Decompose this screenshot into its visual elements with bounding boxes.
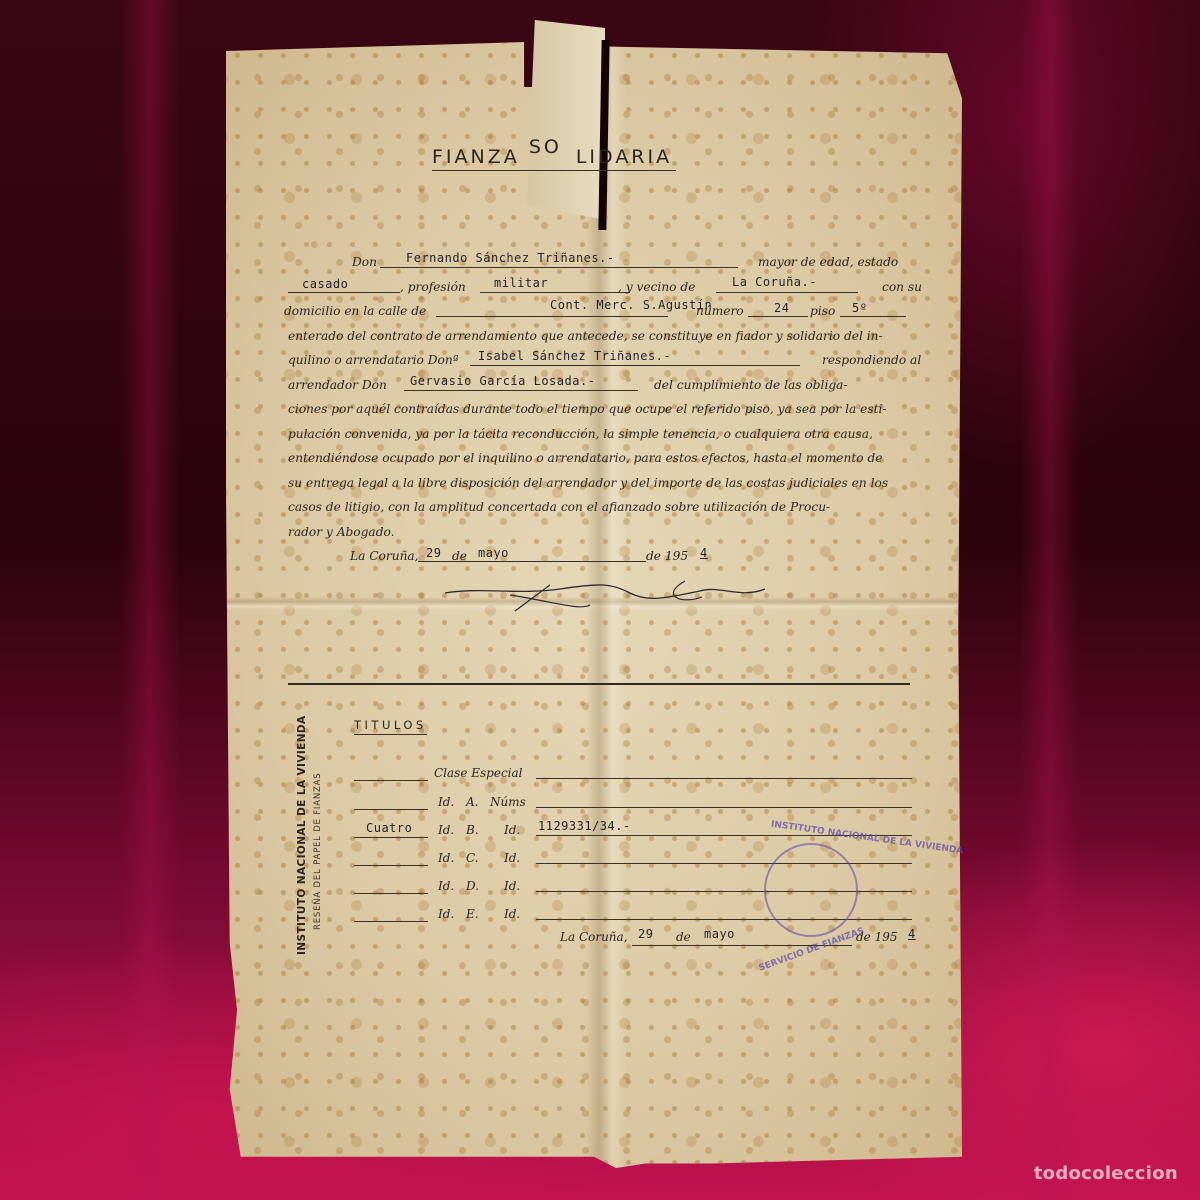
titulo-label: Id.	[438, 851, 454, 865]
titulo-qty: Cuatro	[366, 821, 412, 835]
date-day: 29	[638, 927, 653, 941]
date-lower: La Coruña, 29 de mayo de 195 4	[560, 930, 920, 950]
date-de: de	[676, 930, 691, 944]
titulo-label: Clase Especial	[434, 766, 523, 780]
date-year-digit: 4	[908, 927, 916, 941]
body-text-line: pulación convenida, ya por la tácita rec…	[288, 427, 873, 441]
titulo-clase: D.	[466, 879, 479, 893]
body-line: casos de litigio, con la amplitud concer…	[288, 495, 918, 520]
date-month: mayo	[704, 927, 735, 941]
label-con-su: con su	[882, 275, 922, 300]
typed-piso: 5º	[852, 296, 867, 321]
titulo-clase: B.	[466, 823, 479, 837]
label-domicilio: domicilio en la calle de	[284, 299, 426, 324]
titulo-sub: Id.	[504, 907, 520, 921]
body-line: su entrega legal a la libre disposición …	[288, 471, 918, 496]
titulo-label: Id.	[438, 795, 454, 809]
title-part: SO	[529, 136, 562, 158]
typed-numero: 24	[774, 296, 789, 321]
watermark-logo: todocoleccion	[1034, 1163, 1178, 1184]
body-line: ciones por aquél contraídas durante todo…	[288, 397, 918, 422]
date-de: de	[452, 544, 467, 569]
titulo-row-a: Id. A. Núms	[354, 795, 912, 815]
line-inquilino: quilino o arrendatario Donª Isabel Sánch…	[288, 348, 918, 373]
official-stamp: INSTITUTO NACIONAL DE LA VIVIENDA SERVIC…	[764, 843, 858, 937]
body-text-line: enterado del contrato de arrendamiento q…	[288, 329, 883, 343]
typed-inquilino: Isabel Sánchez Triñanes.-	[478, 344, 671, 369]
body-text-line: su entrega legal a la libre disposición …	[288, 476, 888, 490]
titulo-sub: Id.	[504, 851, 520, 865]
fill-line	[840, 316, 906, 317]
torn-flap	[527, 20, 605, 220]
typed-calle: Cont. Merc. S.Agustín	[550, 293, 712, 318]
fill-line	[536, 863, 912, 864]
typed-profesion: militar	[494, 271, 548, 296]
titulos-heading: TITULOS	[354, 718, 427, 735]
body-text-line: ciones por aquél contraídas durante todo…	[288, 402, 887, 416]
fill-line	[354, 893, 428, 894]
institution-label: INSTITUTO NACIONAL DE LA VIVIENDA	[296, 715, 308, 955]
titulo-row-especial: Clase Especial	[354, 766, 912, 786]
body-line: pulación convenida, ya por la tácita rec…	[288, 422, 918, 447]
body-text-line: entendiéndose ocupado por el inquilino o…	[288, 451, 882, 465]
date-month: mayo	[478, 541, 509, 566]
date-year-digit: 4	[700, 541, 708, 566]
line-fiador-name: Don Fernando Sánchez Triñanes.- mayor de…	[288, 250, 918, 275]
label-profesion: , profesión	[400, 275, 466, 300]
date-day: 29	[426, 541, 441, 566]
date-upper: La Coruña, 29 de mayo de 195 4	[288, 544, 918, 569]
resena-subtitle: RESEÑA DEL PAPEL DE FIANZAS	[313, 773, 323, 930]
titulo-clase: E.	[466, 907, 479, 921]
section-divider	[288, 683, 910, 685]
body-line: rador y Abogado.	[288, 520, 918, 545]
typed-vecino: La Coruña.-	[732, 270, 817, 295]
label-don: Don	[352, 250, 377, 275]
title-part: FIANZA	[432, 146, 520, 168]
titulo-clase: C.	[466, 851, 479, 865]
body-text-line: casos de litigio, con la amplitud concer…	[288, 500, 830, 514]
date-year-prefix: de 195	[646, 544, 688, 569]
label-respondiendo: respondiendo al	[822, 348, 921, 373]
label-arrendador: arrendador Don	[288, 373, 387, 398]
fianza-body: Don Fernando Sánchez Triñanes.- mayor de…	[288, 250, 918, 569]
body-text-line: rador y Abogado.	[288, 525, 395, 539]
fill-line	[536, 807, 912, 808]
titulo-sub: Núms	[490, 795, 526, 809]
fill-line	[354, 837, 428, 838]
curtain-fold	[120, 0, 180, 1200]
date-city: La Coruña,	[560, 930, 628, 944]
date-city: La Coruña,	[350, 544, 419, 569]
document-title: FIANZA SOLIDARIA	[432, 146, 676, 171]
fill-line	[354, 865, 428, 866]
titulo-label: Id.	[438, 823, 454, 837]
fill-line	[536, 919, 912, 920]
titulo-label: Id.	[438, 907, 454, 921]
titulo-label: Id.	[438, 879, 454, 893]
title-part: LIDARIA	[576, 146, 672, 168]
titulo-value: 1129331/34.-	[538, 819, 631, 833]
line-arrendador: arrendador Don Gervasio García Losada.- …	[288, 373, 918, 398]
titulo-sub: Id.	[504, 823, 520, 837]
fill-line	[354, 780, 428, 781]
titulo-clase: A.	[466, 795, 478, 809]
fill-line	[354, 921, 428, 922]
titulo-sub: Id.	[504, 879, 520, 893]
fill-line	[536, 778, 912, 779]
typed-estado: casado	[302, 272, 348, 297]
label-numero: número	[696, 299, 744, 324]
typed-fiador-name: Fernando Sánchez Triñanes.-	[406, 246, 615, 271]
label-piso: piso	[810, 299, 835, 324]
curtain-fold	[1020, 0, 1080, 1200]
signature	[440, 575, 770, 615]
fill-line	[354, 809, 428, 810]
body-line: entendiéndose ocupado por el inquilino o…	[288, 446, 918, 471]
label-cumplimiento: del cumplimiento de las obliga-	[654, 373, 848, 398]
typed-arrendador: Gervasio García Losada.-	[410, 369, 595, 394]
line-domicilio: domicilio en la calle de Cont. Merc. S.A…	[288, 299, 918, 324]
